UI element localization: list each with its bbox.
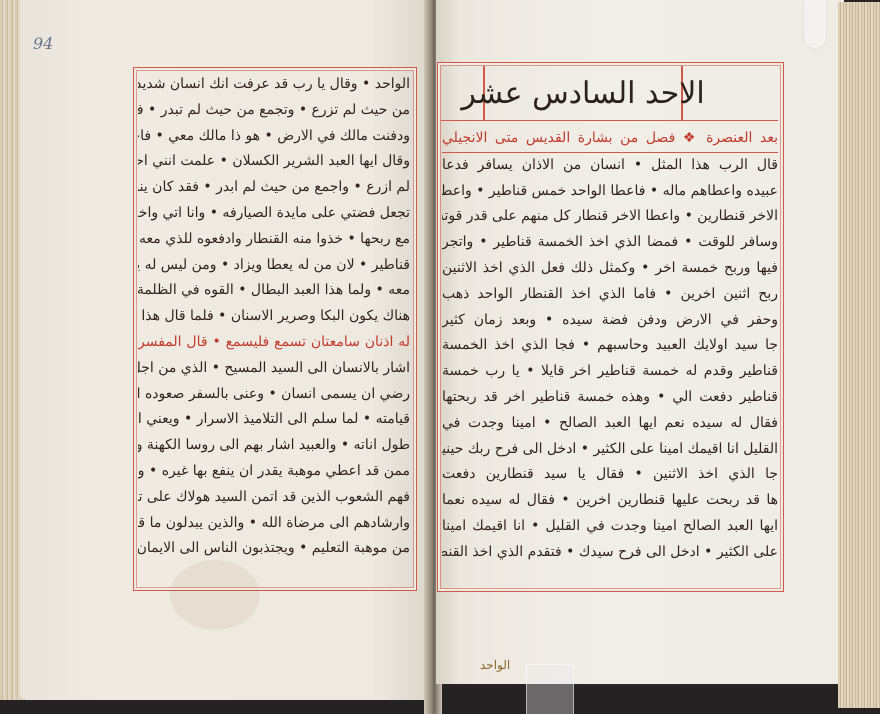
- page-tab: [804, 0, 826, 48]
- text-line: معه • ولما هذا العبد البطال • القوه في ا…: [138, 278, 410, 304]
- text-line: جا سيد اولايك العبيد وحاسبهم • فجا الذي …: [442, 333, 778, 359]
- left-text-block: الواحد • وقال يا رب قد عرفت انك انسان شد…: [138, 72, 410, 562]
- text-line: قناطير وقدم له خمسة قناطير اخر قايلا • ي…: [442, 359, 778, 385]
- text-line: من موهبة التعليم • ويجتذبون الناس الى ال…: [138, 536, 410, 562]
- text-line: طول اناته • والعبيد اشار بهم الى روسا ال…: [138, 433, 410, 459]
- text-line: جا الذي اخذ الاثنين • فقال يا سيد قنطاري…: [442, 462, 778, 488]
- text-line: تجعل فضتي على مايدة الصيارفه • وانا اتي …: [138, 201, 410, 227]
- text-line: على الكثير • ادخل الى فرح سيدك • فتقدم ا…: [442, 540, 778, 566]
- text-line: قيامته • لما سلم الى التلاميذ الاسرار • …: [138, 407, 410, 433]
- text-line: ربح اثنين اخرين • فاما الذي اخذ القنطار …: [442, 282, 778, 308]
- folio-number: 94: [33, 34, 53, 53]
- text-line: وقال ايها العبد الشرير الكسلان • علمت ان…: [138, 149, 410, 175]
- rubric-title-line: بعد العنصرة ❖ فصل من بشارة القديس متى ال…: [442, 126, 778, 153]
- text-line: اشار بالانسان الى السيد المسيح • الذي من…: [138, 356, 410, 382]
- text-line: فهم الشعوب الذين قد اتمن السيد هولاك على…: [138, 485, 410, 511]
- text-line: ممن قد اعطي موهبة يقدر ان ينفع بها غيره …: [138, 459, 410, 485]
- text-line: قناطير • لان من له يعطا ويزاد • ومن ليس …: [138, 253, 410, 279]
- rubric-text-line: له اذنان سامعتان تسمع فليسمع • قال المفس…: [138, 330, 410, 356]
- text-line: وارشادهم الى مرضاة الله • والذين يبدلون …: [138, 511, 410, 537]
- heading-panel: الاحد السادس عشر: [483, 66, 683, 120]
- text-line: من حيث لم تزرع • وتجمع من حيث لم تبدر • …: [138, 98, 410, 124]
- catchword: الواحد: [480, 658, 510, 672]
- right-page-edges: [838, 2, 880, 708]
- text-line: مع ربحها • خذوا منه القنطار وادفعوه للذي…: [138, 227, 410, 253]
- open-manuscript: 94 الواحد • وقال يا رب قد عرفت انك انسان…: [0, 0, 880, 714]
- text-line: قناطير دفعت الي • وهذه خمسة قناطير اخر ق…: [442, 385, 778, 411]
- text-line: وحفر في الارض ودفن فضة سيده • وبعد زمان …: [442, 308, 778, 334]
- text-line: القليل انا اقيمك امينا على الكثير • ادخل…: [442, 437, 778, 463]
- text-line: لم ازرع • واجمع من حيث لم ابدر • فقد كان…: [138, 175, 410, 201]
- right-text-block: بعد العنصرة ❖ فصل من بشارة القديس متى ال…: [442, 126, 778, 566]
- text-line: الاخر قنطارين • واعطا الاخر قنطار كل منه…: [442, 204, 778, 230]
- text-line: فقال له سيده نعم ايها العبد الصالح • امي…: [442, 411, 778, 437]
- text-line: ودفنت مالك في الارض • هو ذا مالك معي • ف…: [138, 124, 410, 150]
- text-line: فيها وربح خمسة اخر • وكمثل ذلك فعل الذي …: [442, 256, 778, 282]
- text-line: وسافر للوقت • فمضا الذي اخذ الخمسة قناطي…: [442, 230, 778, 256]
- text-line: عبيده واعطاهم ماله • فاعطا الواحد خمس قن…: [442, 179, 778, 205]
- mount-clip: [526, 664, 574, 714]
- text-line: الواحد • وقال يا رب قد عرفت انك انسان شد…: [138, 72, 410, 98]
- text-line: هناك يكون البكا وصرير الاسنان • فلما قال…: [138, 304, 410, 330]
- text-line: ايها العبد الصالح امينا وجدت في القليل •…: [442, 514, 778, 540]
- heading-box: الاحد السادس عشر: [441, 66, 778, 121]
- text-line: قال الرب هذا المثل • انسان من الاذان يسا…: [442, 153, 778, 179]
- section-heading: الاحد السادس عشر: [461, 76, 704, 111]
- text-line: رضي ان يسمى انسان • وعنى بالسفر صعوده ال…: [138, 382, 410, 408]
- text-line: ها قد ربحت عليها قنطارين اخرين • فقال له…: [442, 488, 778, 514]
